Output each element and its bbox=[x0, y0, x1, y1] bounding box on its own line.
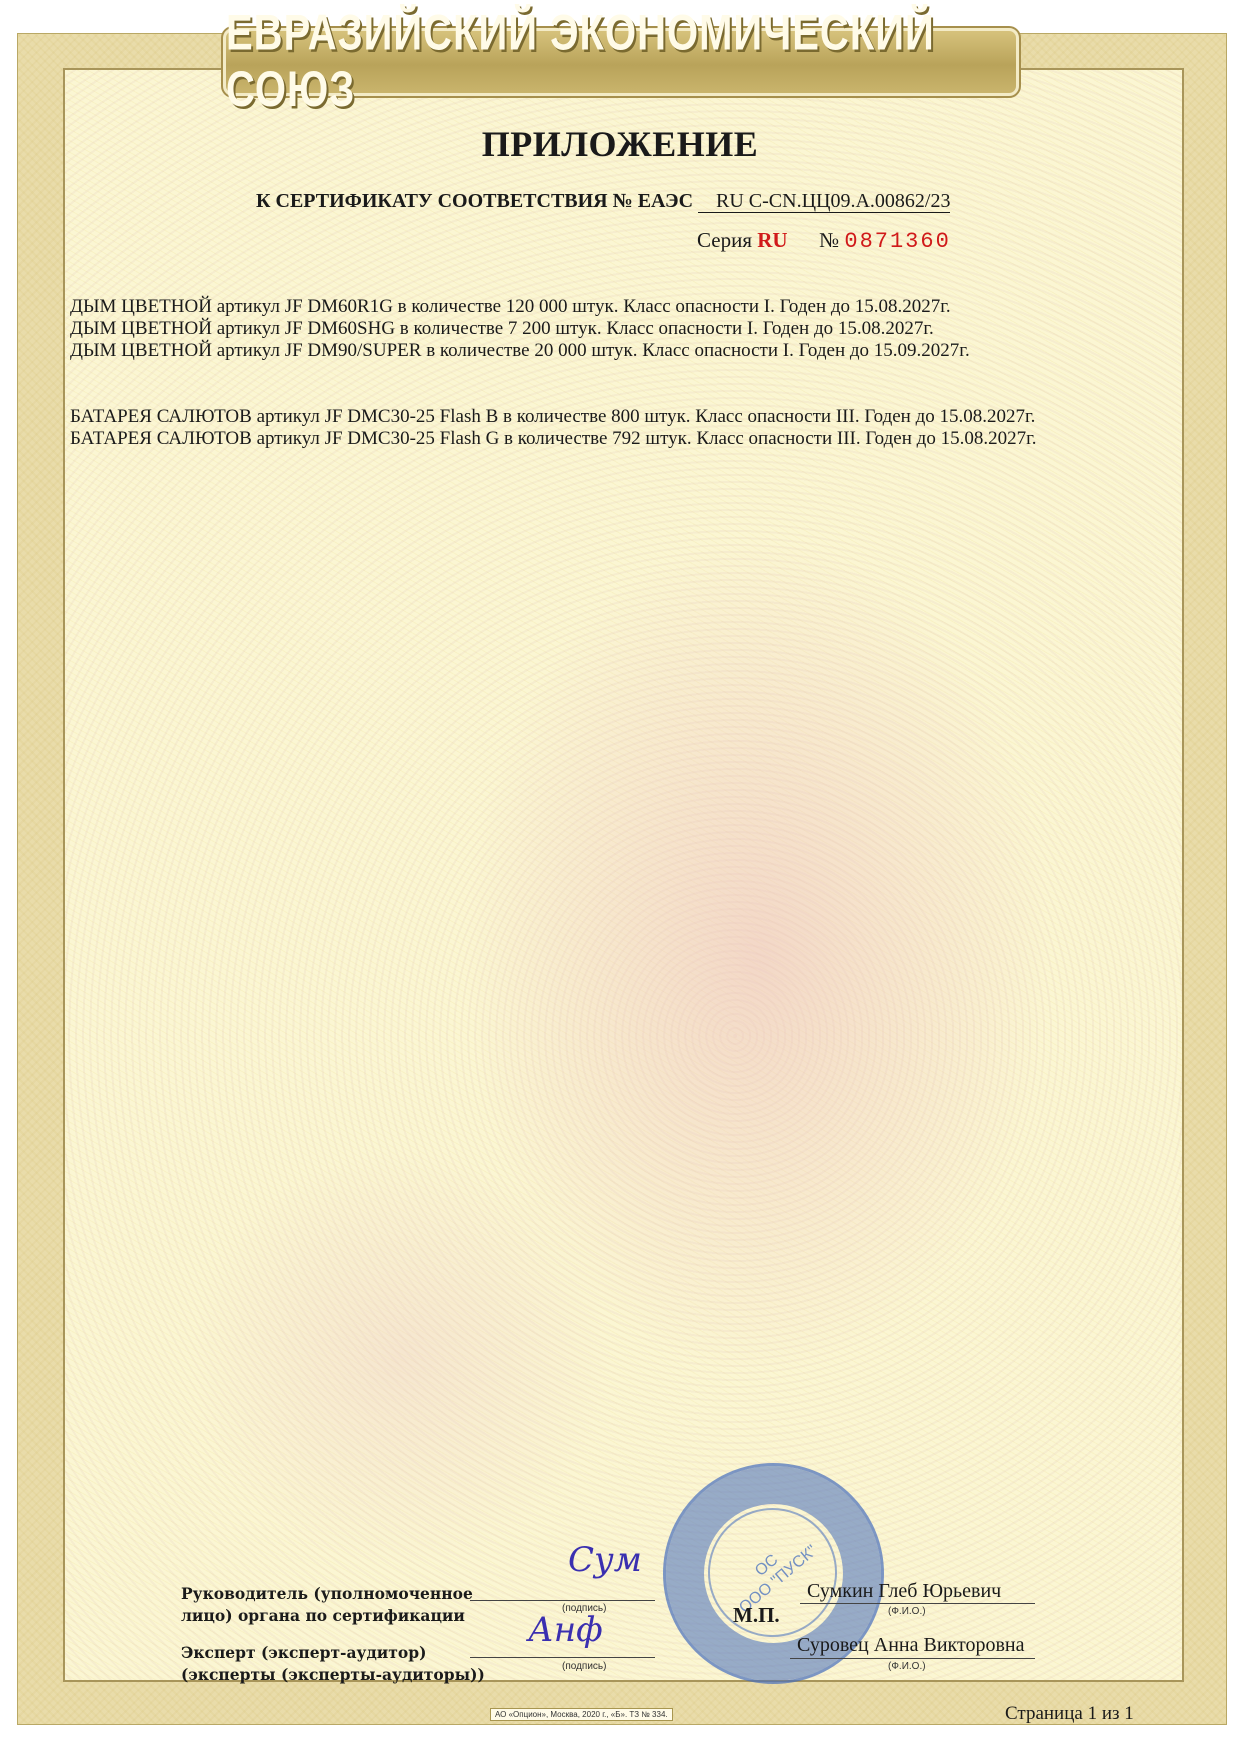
head-label: Руководитель (уполномоченное лицо) орган… bbox=[181, 1583, 473, 1627]
head-name-line bbox=[800, 1603, 1035, 1604]
page-number: Страница 1 из 1 bbox=[1005, 1703, 1134, 1725]
list-item: БАТАРЕЯ САЛЮТОВ артикул JF DMC30-25 Flas… bbox=[70, 428, 1160, 450]
expert-name: Суровец Анна Викторовна bbox=[797, 1634, 1024, 1657]
head-label-line1: Руководитель (уполномоченное bbox=[181, 1583, 473, 1605]
certificate-reference: К СЕРТИФИКАТУ СООТВЕТСТВИЯ № ЕАЭС RU C-C… bbox=[256, 190, 950, 213]
expert-signature-caption: (подпись) bbox=[562, 1661, 606, 1672]
expert-name-caption: (Ф.И.О.) bbox=[888, 1661, 926, 1672]
list-item: ДЫМ ЦВЕТНОЙ артикул JF DM60SHG в количес… bbox=[70, 318, 1160, 340]
document-title: ПРИЛОЖЕНИЕ bbox=[0, 123, 1240, 165]
certificate-number: RU C-CN.ЦЦ09.А.00862/23 bbox=[698, 190, 950, 213]
eaeu-banner: ЕВРАЗИЙСКИЙ ЭКОНОМИЧЕСКИЙ СОЮЗ bbox=[223, 28, 1019, 96]
head-signature-line bbox=[470, 1600, 655, 1601]
head-name-caption: (Ф.И.О.) bbox=[888, 1606, 926, 1617]
subtitle-prefix: К СЕРТИФИКАТУ СООТВЕТСТВИЯ № ЕАЭС bbox=[256, 190, 693, 212]
list-item: ДЫМ ЦВЕТНОЙ артикул JF DM90/SUPER в коли… bbox=[70, 340, 1160, 362]
number-label: № bbox=[819, 228, 839, 252]
product-list: ДЫМ ЦВЕТНОЙ артикул JF DM60R1G в количес… bbox=[70, 296, 1160, 450]
head-label-line2: лицо) органа по сертификации bbox=[181, 1605, 473, 1627]
expert-signature: Анф bbox=[528, 1610, 603, 1650]
seal-place: М.П. bbox=[733, 1603, 780, 1628]
expert-signature-line bbox=[470, 1657, 655, 1658]
head-signature: Сум bbox=[568, 1540, 642, 1580]
head-name: Сумкин Глеб Юрьевич bbox=[807, 1580, 1001, 1603]
list-item: ДЫМ ЦВЕТНОЙ артикул JF DM60R1G в количес… bbox=[70, 296, 1160, 318]
certificate-sheet bbox=[17, 33, 1227, 1725]
expert-label-line1: Эксперт (эксперт-аудитор) bbox=[181, 1642, 485, 1664]
expert-label: Эксперт (эксперт-аудитор) (эксперты (экс… bbox=[181, 1642, 485, 1686]
series-value: RU bbox=[757, 228, 787, 252]
series-line: Серия RU № 0871360 bbox=[697, 228, 951, 254]
banner-text: ЕВРАЗИЙСКИЙ ЭКОНОМИЧЕСКИЙ СОЮЗ bbox=[226, 6, 1016, 119]
expert-name-line bbox=[790, 1658, 1035, 1659]
blank-number: 0871360 bbox=[844, 229, 950, 254]
expert-label-line2: (эксперты (эксперты-аудиторы)) bbox=[181, 1664, 485, 1686]
printer-imprint: АО «Опцион», Москва, 2020 г., «Б». ТЗ № … bbox=[490, 1708, 673, 1721]
series-label: Серия bbox=[697, 228, 752, 252]
list-item: БАТАРЕЯ САЛЮТОВ артикул JF DMC30-25 Flas… bbox=[70, 406, 1160, 428]
